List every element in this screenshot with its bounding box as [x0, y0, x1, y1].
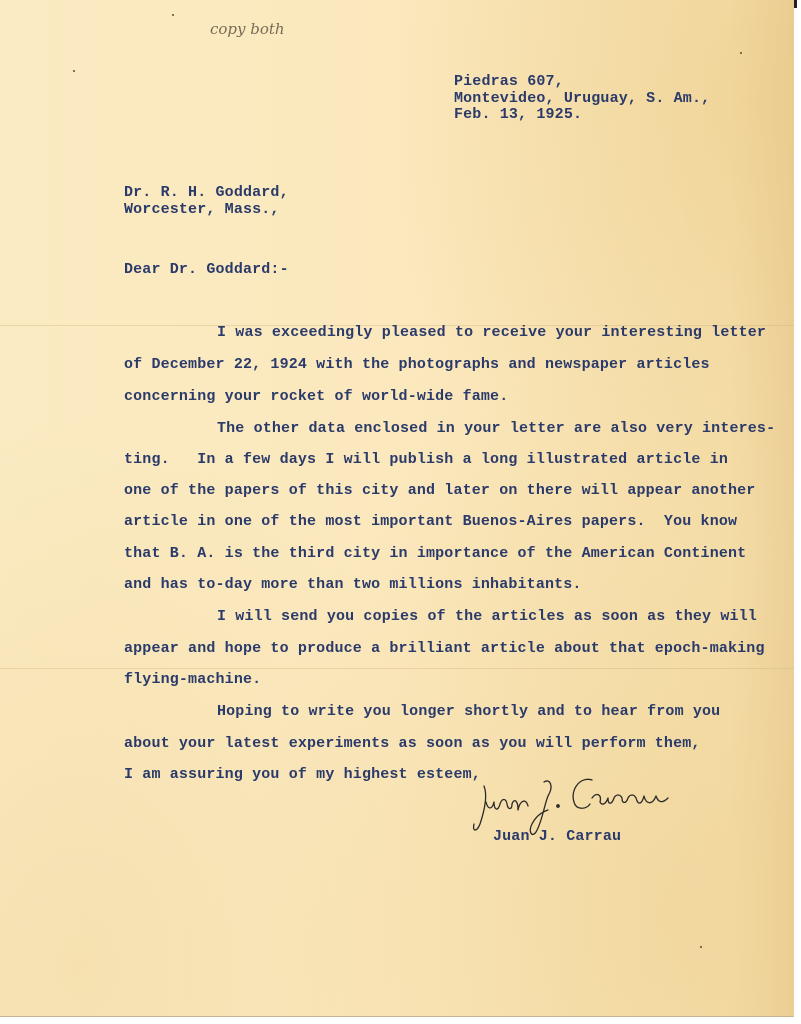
body-line: one of the papers of this city and later… — [124, 482, 755, 500]
typed-signature-name: Juan J. Carrau — [493, 829, 621, 845]
body-line: of December 22, 1924 with the photograph… — [124, 356, 710, 374]
handwritten-note: copy both — [210, 20, 285, 38]
recipient-line: Worcester, Mass., — [124, 202, 280, 218]
body-line: about your latest experiments as soon as… — [124, 735, 701, 753]
paper-speck — [740, 52, 742, 54]
closing-line: I am assuring you of my highest esteem, — [124, 766, 481, 784]
scan-margin — [794, 0, 801, 1024]
body-line: concerning your rocket of world-wide fam… — [124, 388, 508, 406]
letter-date: Feb. 13, 1925. — [454, 107, 582, 123]
body-line: ting. In a few days I will publish a lon… — [124, 451, 728, 469]
body-line: Hoping to write you longer shortly and t… — [217, 703, 720, 721]
body-line: The other data enclosed in your letter a… — [217, 420, 775, 438]
paper-speck — [73, 70, 75, 72]
body-line: appear and hope to produce a brilliant a… — [124, 640, 765, 658]
paper-speck — [700, 946, 702, 948]
paper-speck — [172, 14, 174, 16]
paper-crease — [0, 668, 794, 669]
body-line: flying-machine. — [124, 671, 261, 689]
scan-edge-mark — [794, 0, 797, 8]
sender-address-line: Piedras 607, — [454, 74, 564, 90]
body-line: I will send you copies of the articles a… — [217, 608, 757, 626]
letter-page: copy both Piedras 607, Montevideo, Urugu… — [0, 0, 795, 1017]
body-line: and has to-day more than two millions in… — [124, 576, 582, 594]
sender-address-line: Montevideo, Uruguay, S. Am., — [454, 91, 710, 107]
salutation: Dear Dr. Goddard:- — [124, 262, 289, 278]
body-line: I was exceedingly pleased to receive you… — [217, 324, 766, 342]
recipient-line: Dr. R. H. Goddard, — [124, 185, 289, 201]
body-line: that B. A. is the third city in importan… — [124, 545, 746, 563]
body-line: article in one of the most important Bue… — [124, 513, 737, 531]
